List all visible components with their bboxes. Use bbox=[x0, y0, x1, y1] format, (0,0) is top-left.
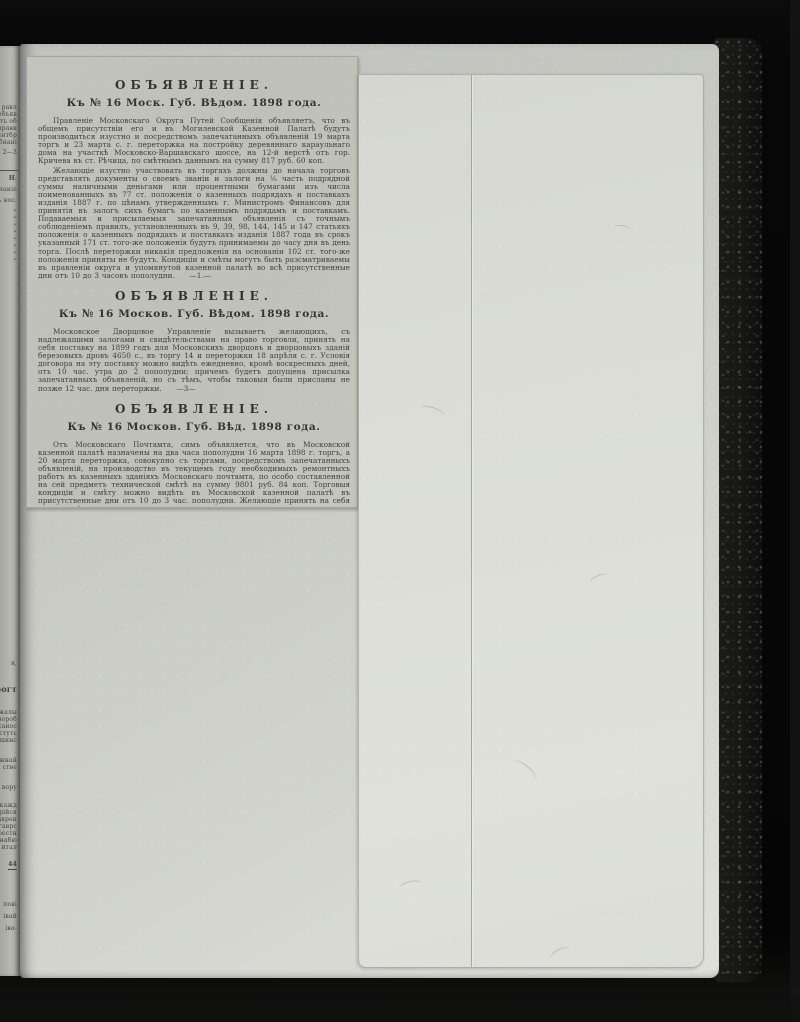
paper-fiber-mark bbox=[614, 224, 631, 234]
sheet-crease-line bbox=[471, 75, 473, 967]
announcement-reference: Къ № 16 Моск. Губ. Вѣдом. 1898 года. bbox=[38, 97, 350, 109]
announcement-section: ОБЪЯВЛЕНІЕ. Къ № 16 Москов. Губ. Вѣд. 18… bbox=[38, 402, 350, 508]
announcement-clipping: ОБЪЯВЛЕНІЕ. Къ № 16 Моск. Губ. Вѣдом. 18… bbox=[26, 56, 358, 508]
paper-fiber-mark bbox=[398, 879, 424, 895]
page-text-fragment: івай bbox=[3, 914, 17, 920]
page-text-fragment: чаніе bbox=[0, 187, 17, 193]
page-text-fragment: я, bbox=[11, 661, 17, 667]
page-text-fragment: „ bbox=[14, 255, 17, 261]
announcement-reference: Къ № 16 Москов. Губ. Вѣд. 1898 года. bbox=[38, 421, 350, 433]
page-text-fragment: пові bbox=[3, 902, 17, 908]
announcement-title: ОБЪЯВЛЕНІЕ. bbox=[38, 289, 350, 303]
announcement-title: ОБЪЯВЛЕНІЕ. bbox=[38, 78, 350, 92]
scanner-bottom-band bbox=[0, 996, 800, 1022]
adjacent-page-strip: равлобъявртъ обсправксентбробнані2—3Н.ча… bbox=[0, 46, 20, 976]
page-text-fragment: 44 bbox=[8, 862, 17, 870]
announcement-section: ОБЪЯВЛЕНІЕ. Къ № 16 Москов. Губ. Вѣдом. … bbox=[38, 289, 350, 393]
paper-fiber-mark bbox=[418, 403, 446, 421]
announcement-paragraph: Отъ Московскаго Почтамта, симъ объявляет… bbox=[38, 441, 350, 508]
page-text-fragment: обнані bbox=[0, 140, 17, 146]
announcement-paragraph: Московское Дворцовое Управленіе вызывает… bbox=[38, 328, 350, 393]
page-text-fragment: вору bbox=[2, 785, 17, 791]
announcement-section: ОБЪЯВЛЕНІЕ. Къ № 16 Моск. Губ. Вѣдом. 18… bbox=[38, 78, 350, 280]
page-text-fragment: въ вос. bbox=[0, 198, 17, 204]
page-text-fragment: 2—3 bbox=[3, 150, 17, 156]
page-text-fragment: стве bbox=[3, 765, 17, 771]
announcement-reference: Къ № 16 Москов. Губ. Вѣдом. 1898 года. bbox=[38, 308, 350, 320]
announcement-title: ОБЪЯВЛЕНІЕ. bbox=[38, 402, 350, 416]
book-scan: равлобъявртъ обсправксентбробнані2—3Н.ча… bbox=[0, 0, 800, 1022]
paper-fiber-mark bbox=[548, 944, 572, 964]
page-text-fragment: рогт bbox=[0, 686, 17, 692]
paper-fiber-mark bbox=[508, 757, 539, 786]
announcement-paragraph: Желающіе изустно участвовать въ торгахъ … bbox=[38, 167, 350, 280]
page-text-fragment: шинс bbox=[0, 738, 17, 744]
announcement-paragraph: Правленіе Московскаго Округа Путей Сообщ… bbox=[38, 117, 350, 166]
page-text-fragment: іва- bbox=[5, 926, 17, 932]
book-page-block-edge bbox=[714, 38, 762, 982]
blank-sheet bbox=[358, 74, 704, 968]
column-rule-fragment bbox=[0, 170, 20, 171]
page-text-fragment: Н. bbox=[9, 176, 17, 182]
page-text-fragment: итал bbox=[1, 845, 17, 851]
scanner-edge-band bbox=[790, 0, 800, 1022]
paper-fiber-mark bbox=[588, 571, 610, 587]
